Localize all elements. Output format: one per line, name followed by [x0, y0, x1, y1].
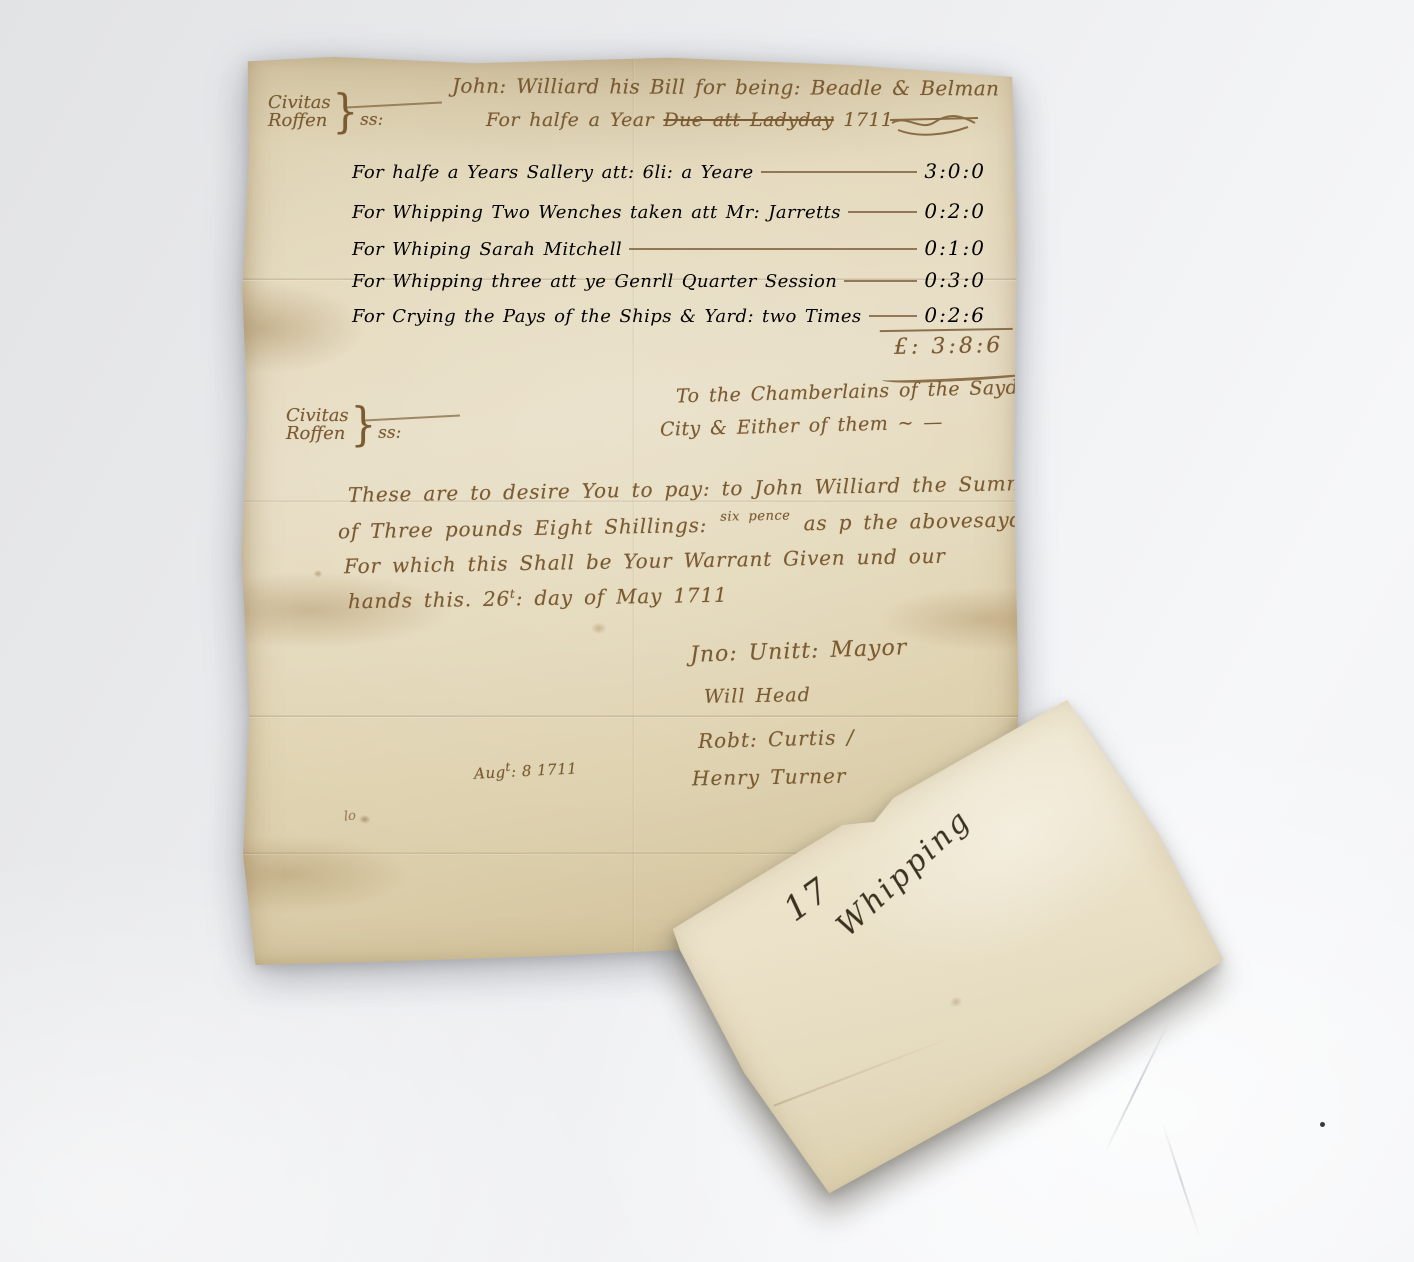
brace-mark: } [333, 89, 358, 135]
ink-stroke [346, 101, 442, 108]
bill-total: £: 3:8:6 [880, 328, 1014, 362]
bill-subtitle-pre: For halfe a Year [486, 109, 654, 131]
ink-rule [761, 171, 918, 173]
packet-fold-crease [773, 1036, 953, 1107]
warrant-body-line4: hands this. 26t: day of May 1711 [348, 583, 728, 614]
bill-line-item: For Whipping three att ye Genrll Quarter… [352, 268, 986, 292]
signature-mayor: Jno: Unitt: Mayor [690, 635, 908, 668]
warrant-body-line2-pre: of Three pounds Eight Shillings: [338, 513, 708, 543]
bill-line-item: For Whipping Two Wenches taken att Mr: J… [352, 199, 986, 223]
bill-item-text: For Whipping Two Wenches taken att Mr: J… [352, 202, 841, 223]
brace-mark: } [351, 402, 376, 448]
warrant-address-line1: To the Chamberlains of the Sayd [676, 377, 1019, 408]
bill-item-text: For Whipping three att ye Genrll Quarter… [352, 271, 837, 292]
signature: Robt: Curtis / [698, 725, 855, 753]
place-mark-civitas-roffen: Civitas Roffen } ss: [268, 92, 383, 132]
ink-flourish: lo [343, 808, 356, 824]
ink-stroke [364, 414, 460, 421]
bill-subtitle: For halfe a Year Due att Ladyday 1711 [486, 109, 893, 131]
bill-item-amount: 0:2:6 [924, 303, 986, 327]
bill-item-amount: 0:2:0 [924, 199, 986, 223]
bill-item-text: For Whiping Sarah Mitchell [352, 239, 622, 260]
bill-item-amount: 0:1:0 [924, 236, 986, 260]
docket-date: Augt: 8 1711 [474, 756, 578, 782]
warrant-body-line3: For which this Shall be Your Warrant Giv… [344, 544, 946, 578]
docket-date-pre: Aug [474, 763, 507, 783]
warrant-body-line2-post: as p the abovesayd Bill [803, 507, 1071, 536]
fold-crease [240, 715, 1020, 718]
crossed-scribble-icon [888, 111, 980, 141]
place-mark-suffix: ss: [378, 423, 401, 443]
signature: Will Head [704, 684, 811, 708]
place-mark-line2: Roffen [268, 112, 331, 130]
ink-rule [629, 248, 917, 250]
surface-scratch [1162, 1123, 1201, 1238]
warrant-body-line2: of Three pounds Eight Shillings: six pen… [338, 507, 1072, 544]
ink-rule [848, 211, 917, 213]
ink-rule [869, 315, 918, 317]
place-mark-line2: Roffen [286, 425, 349, 443]
warrant-date-post: : day of May 1711 [515, 583, 727, 611]
signature: Henry Turner [692, 764, 847, 791]
warrant-address-line2: City & Either of them ~ — [660, 411, 943, 440]
place-mark-suffix: ss: [360, 110, 383, 130]
bill-line-item: For Crying the Pays of the Ships & Yard:… [352, 303, 986, 327]
bill-item-amount: 0:3:0 [924, 268, 986, 292]
bill-item-text: For Crying the Pays of the Ships & Yard:… [352, 306, 862, 327]
photo-of-antique-document: Civitas Roffen } ss: John: Williard his … [0, 0, 1414, 1262]
bill-item-text: For halfe a Years Sallery att: 6li: a Ye… [352, 162, 754, 183]
surface-scratch [1103, 1019, 1171, 1155]
ink-rule [844, 280, 917, 282]
fold-crease-vertical [632, 55, 635, 965]
interlinear-insertion: six pence [720, 509, 790, 525]
place-mark-civitas-roffen: Civitas Roffen } ss: [286, 405, 401, 445]
bill-subtitle-struck: Due att Ladyday [663, 109, 833, 131]
surface-speck [1320, 1122, 1325, 1127]
docket-date-post: : 8 1711 [511, 759, 578, 780]
bill-line-item: For halfe a Years Sallery att: 6li: a Ye… [352, 159, 986, 183]
bill-line-item: For Whiping Sarah Mitchell 0:1:0 [352, 236, 986, 260]
bill-title: John: Williard his Bill for being: Beadl… [452, 74, 1000, 101]
bill-item-amount: 3:0:0 [924, 159, 986, 183]
warrant-date-pre: hands this. 26 [348, 586, 510, 613]
bill-subtitle-year: 1711 [843, 109, 893, 131]
